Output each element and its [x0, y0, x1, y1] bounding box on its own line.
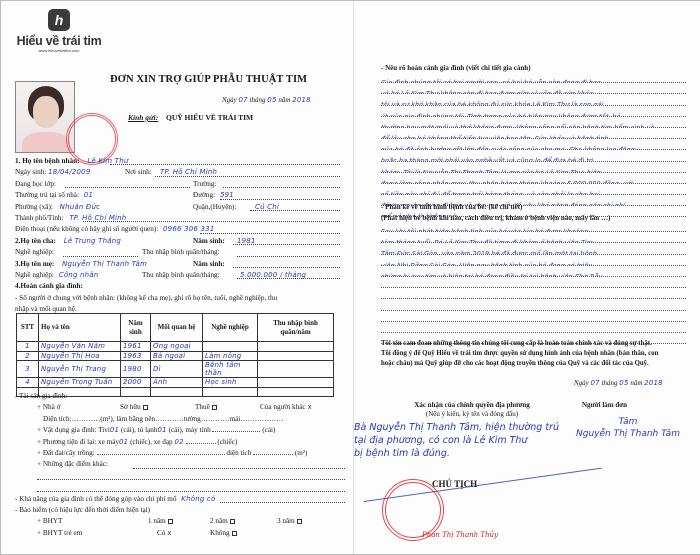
handwritten-line: Sau khi tôi phát hiện bệnh tình của bé v…	[381, 221, 686, 232]
handwritten-line: thường hay mệt mỏi và thở không được, kh…	[381, 117, 686, 128]
bhyt-1y-checkbox[interactable]	[168, 519, 173, 524]
bhyt-3y-checkbox[interactable]	[297, 519, 302, 524]
table-row: 1Nguyễn Văn Năm1961Ông ngoại	[17, 342, 334, 352]
applicant-signature: Tâm Nguyễn Thị Thanh Tâm	[576, 416, 680, 440]
handwritten-line: chứng bị suy tim và hiện tại bé đang điề…	[381, 266, 686, 277]
logo-url: www.hieuvetraitim.com	[14, 48, 104, 53]
page-left: h Hiểu về trái tim www.hieuvetraitim.com…	[2, 1, 352, 554]
handwritten-line: số tiền này chỉ đủ để trang trải hàng th…	[381, 184, 686, 195]
handwritten-line: viện Nhi Đồng Sài Gòn. Hiện nay bệnh tìn…	[381, 255, 686, 266]
handwritten-line	[381, 322, 686, 333]
document-scan: h Hiểu về trái tim www.hieuvetraitim.com…	[0, 0, 700, 555]
handwritten-line	[381, 311, 686, 322]
handwritten-line: khám. Tôi là Nguyễn Thị Thanh Tâm là mẹ …	[381, 162, 686, 173]
handwritten-line	[381, 277, 686, 288]
form-title: ĐƠN XIN TRỢ GIÚP PHẪU THUẬT TIM	[110, 74, 350, 85]
handwritten-line: Gia đình chúng tôi có hai người con, có …	[381, 72, 686, 83]
handwritten-line	[381, 288, 686, 299]
bhyt-2y-checkbox[interactable]	[230, 519, 235, 524]
patient-birthplace: TP. Hồ Chí Minh	[160, 167, 217, 178]
handwritten-line: để lâu cho bé không thể tiếp tục việc họ…	[381, 128, 686, 139]
heart-logo-icon: h	[48, 9, 70, 31]
family-assets: - Tài sản gia đình: + Nhà ở Sở hữu Thuê …	[15, 391, 345, 539]
handwritten-line: tám tháng tuổi. Bé Lê Kim Thư đã từng đi…	[381, 232, 686, 243]
mother-name: Nguyễn Thị Thanh Tâm	[62, 260, 147, 268]
table-row: 3Nguyễn Thị Trang1980DìBệnh tâm thần	[17, 361, 334, 378]
chair-name: Phan Thị Thanh Thủy	[422, 531, 498, 539]
handwritten-line: và bé Lê Kim Thư không còn đi học được n…	[381, 83, 686, 94]
household-table: STT Họ và tên Năm sinh Mối quan hệ Nghề …	[16, 313, 334, 397]
form-date: Ngày 07 tháng 05 năm 2018	[222, 96, 311, 104]
situation-heading: - Nêu rõ hoàn cảnh gia đình (viết chi ti…	[381, 64, 686, 72]
situation-text: Gia đình chúng tôi có hai người con, có …	[381, 72, 686, 217]
table-row: 4Nguyễn Trọng Tuấn2000AnhHọc sinh	[17, 378, 334, 388]
illness-heading: - Phần kể về tình hình bệnh của bé: (kể …	[381, 203, 686, 211]
rent-checkbox[interactable]	[212, 405, 217, 410]
handwritten-line: út của gia đình chúng tôi. Tình trạng củ…	[381, 106, 686, 117]
handwritten-line: tôi và sự khó khăn của bé không đủ sức k…	[381, 94, 686, 105]
confirmation-handwriting: Bà Nguyễn Thị Thanh Tâm, hiện thường trú…	[354, 421, 584, 460]
other-owner-checkbox[interactable]: x	[308, 403, 312, 411]
contribution-value: Không có	[181, 495, 215, 503]
handwritten-line: đang làm công nhân may, thu nhập hàng th…	[381, 173, 686, 184]
pledge-text: Tôi xin cam đoan những thông tin chúng t…	[381, 339, 686, 369]
addressee: Kính gửi: QUỸ HIỂU VỀ TRÁI TIM	[128, 113, 253, 122]
handwritten-line	[381, 299, 686, 310]
patient-dob: 18/04/2009	[48, 168, 90, 176]
table-row: 2Nguyễn Thị Hoa1963Bà ngoạiLàm nông	[17, 351, 334, 361]
patient-info: 1. Họ tên bệnh nhân: Lê Kim Thư Ngày sin…	[15, 156, 340, 315]
logo-name: Hiểu về trái tim	[14, 34, 104, 48]
local-authority-confirmation: Xác nhận của chính quyền địa phương (Nêu…	[382, 401, 562, 419]
bhyt-child-yes-checkbox[interactable]: x	[167, 529, 171, 537]
father-name: Lê Trung Thắng	[64, 237, 121, 245]
handwritten-line: Tâm Đức Sài Gòn, vào năm 2019 bé đã được…	[381, 243, 686, 254]
sign-date: Ngày 07 tháng 05 năm 2018	[574, 379, 663, 387]
applicant-label: Người làm đơn	[582, 401, 627, 409]
bhyt-child-no-checkbox[interactable]	[232, 531, 237, 536]
own-checkbox[interactable]	[143, 405, 148, 410]
illness-text: Sau khi tôi phát hiện bệnh tình của bé v…	[381, 221, 686, 344]
handwritten-line: của bé đã ảnh hưởng rất lớn đến cuộc sốn…	[381, 139, 686, 150]
logo: h Hiểu về trái tim www.hieuvetraitim.com	[14, 9, 104, 53]
handwritten-line: hoặc ba tháng mới phải vào nghề vất vả c…	[381, 150, 686, 161]
page-right: - Nêu rõ hoàn cảnh gia đình (viết chi ti…	[353, 1, 700, 554]
